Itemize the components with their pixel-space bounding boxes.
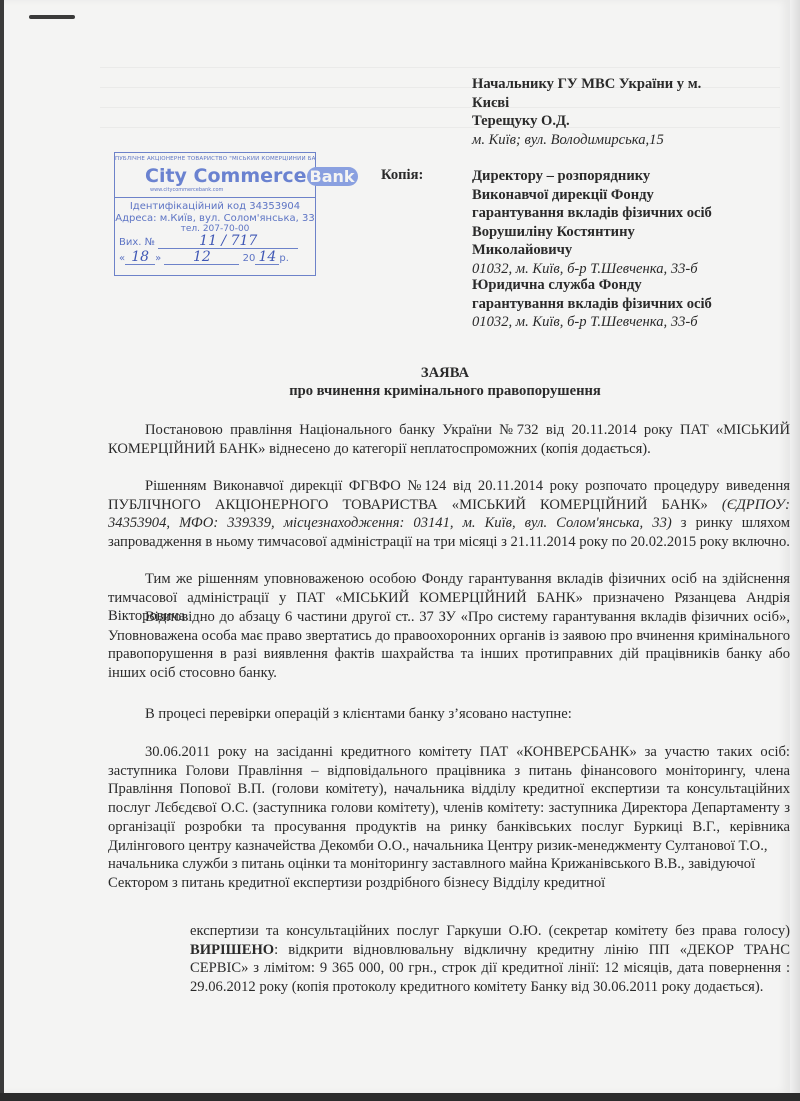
stamp-brand: City Commerce xyxy=(145,165,307,187)
document-subtitle: про вчинення кримінального правопорушенн… xyxy=(0,383,800,400)
scan-edge-right xyxy=(790,0,800,1101)
paragraph-text: 30.06.2011 року на засіданні кредитного … xyxy=(108,743,790,855)
stamp-year: 14 xyxy=(255,250,279,265)
paragraph-text: Рішенням Виконавчої дирекції ФГВФО №124 … xyxy=(108,477,790,552)
stamp-logo: City CommerceBank xyxy=(145,165,315,187)
copy1-line3: гарантування вкладів фізичних осіб xyxy=(472,204,712,223)
paragraph-text: Відповідно до абзацу 6 частини другої ст… xyxy=(108,608,790,683)
paragraph-text: Постановою правління Національного банку… xyxy=(108,421,790,458)
stamp-divider xyxy=(115,197,315,198)
copy1-line2: Виконавчої дирекції Фонду xyxy=(472,186,712,205)
recipient-address: м. Київ; вул. Володимирська,15 xyxy=(472,131,701,150)
recipient-line1: Начальнику ГУ МВС України у м. xyxy=(472,75,701,94)
copy-recipient-director: Директору – розпоряднику Виконавчої дире… xyxy=(472,167,712,278)
paragraph-findings-intro: В процесі перевірки операцій з клієнтами… xyxy=(108,705,790,724)
stamp-website: www.citycommercebank.com xyxy=(150,187,315,193)
document-page: Начальнику ГУ МВС України у м. Києві Тер… xyxy=(0,0,790,1093)
paragraph-credit-committee: 30.06.2011 року на засіданні кредитного … xyxy=(108,743,790,893)
stamp-year-suffix: р. xyxy=(279,253,289,264)
stamp-brand-bank: Bank xyxy=(307,167,358,186)
copy-label: Копія: xyxy=(381,167,423,184)
copy2-address: 01032, м. Київ, б-р Т.Шевченка, 33-б xyxy=(472,313,712,332)
stamp-outgoing-number: 11 / 717 xyxy=(158,234,298,249)
text-span: Рішенням Виконавчої дирекції ФГВФО №124 … xyxy=(108,478,790,513)
stamp-day-suffix: » xyxy=(155,253,161,264)
stamp-month: 12 xyxy=(164,250,239,265)
document-title: ЗАЯВА xyxy=(0,365,800,382)
scan-mark xyxy=(29,15,75,19)
recipient-line2: Києві xyxy=(472,94,701,113)
stamp-id-code: Ідентифікаційний код 34353904 xyxy=(115,201,315,213)
copy1-line1: Директору – розпоряднику xyxy=(472,167,712,186)
paragraph-text: В процесі перевірки операцій з клієнтами… xyxy=(108,705,790,724)
paragraph-decision: експертизи та консультаційних послуг Гар… xyxy=(190,922,790,997)
scan-edge-left xyxy=(0,0,4,1101)
paragraph-legal-basis: Відповідно до абзацу 6 частини другої ст… xyxy=(108,608,790,683)
bank-stamp: ПУБЛІЧНЕ АКЦІОНЕРНЕ ТОВАРИСТВО "МІСЬКИЙ … xyxy=(114,152,316,276)
copy-recipient-legal: Юридична служба Фонду гарантування вклад… xyxy=(472,276,712,332)
paragraph-text: експертизи та консультаційних послуг Гар… xyxy=(190,922,790,997)
text-span: експертизи та консультаційних послуг Гар… xyxy=(190,923,790,939)
decision-keyword: ВИРІШЕНО xyxy=(190,942,274,958)
text-span: : відкрити відновлювальну відкличну кред… xyxy=(190,942,790,995)
stamp-year-prefix: 20 xyxy=(243,253,256,264)
recipient-block: Начальнику ГУ МВС України у м. Києві Тер… xyxy=(472,75,701,149)
stamp-date-row: «18» 12 2014р. xyxy=(115,250,315,266)
paragraph-text-continued: начальника служби з питань оцінки та мон… xyxy=(108,855,790,892)
stamp-outgoing-label: Вих. № xyxy=(119,237,155,248)
stamp-day: 18 xyxy=(125,250,155,265)
copy2-line1: Юридична служба Фонду xyxy=(472,276,712,295)
copy1-line5: Миколайовичу xyxy=(472,241,712,260)
copy2-line2: гарантування вкладів фізичних осіб xyxy=(472,295,712,314)
paragraph-fgvfo-decision: Рішенням Виконавчої дирекції ФГВФО №124 … xyxy=(108,477,790,552)
scan-edge-bottom xyxy=(0,1093,800,1101)
copy1-line4: Ворушиліну Костянтину xyxy=(472,223,712,242)
recipient-name: Терещуку О.Д. xyxy=(472,112,701,131)
stamp-outgoing-row: Вих. № 11 / 717 xyxy=(115,234,315,250)
paragraph-nbu-resolution: Постановою правління Національного банку… xyxy=(108,421,790,458)
stamp-header: ПУБЛІЧНЕ АКЦІОНЕРНЕ ТОВАРИСТВО "МІСЬКИЙ … xyxy=(115,156,315,162)
